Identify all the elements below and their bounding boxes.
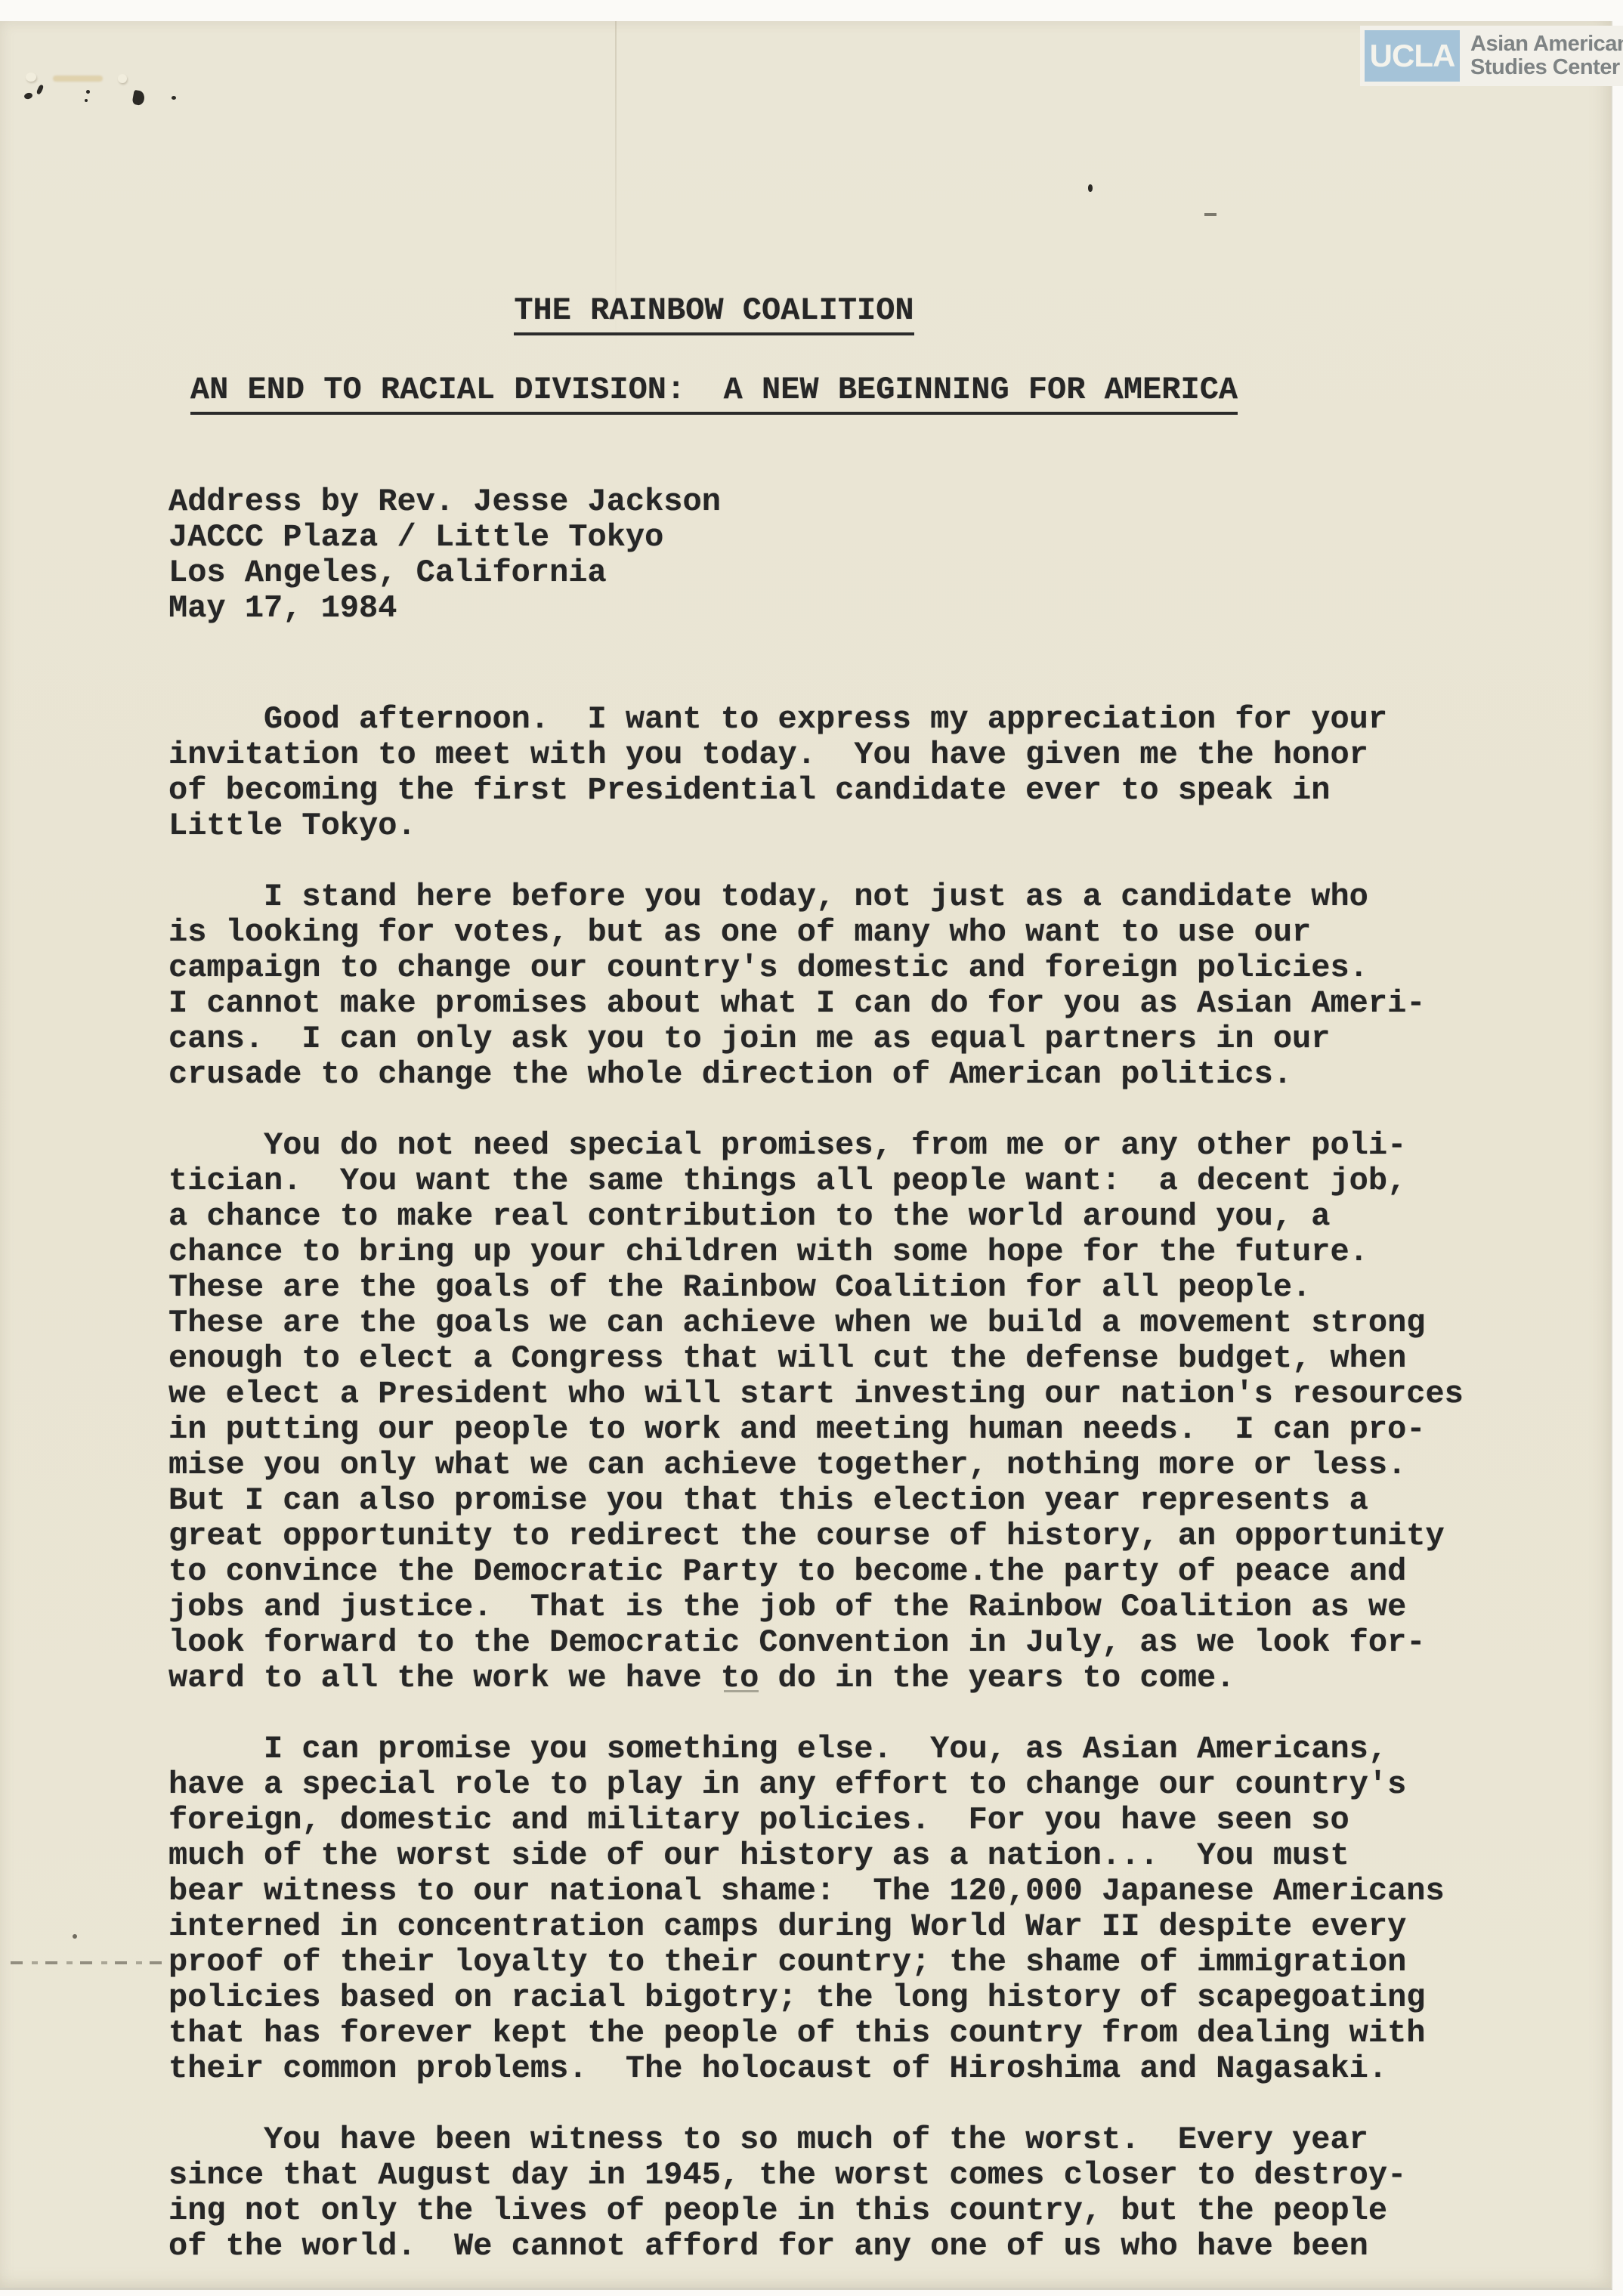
speaker-block: Address by Rev. Jesse Jackson JACCC Plaz… xyxy=(168,484,1611,626)
page-subtitle-line: AN END TO RACIAL DIVISION: A NEW BEGINNI… xyxy=(0,372,1428,415)
speech-paragraph: Good afternoon. I want to express my app… xyxy=(168,702,1611,844)
page-subtitle: AN END TO RACIAL DIVISION: A NEW BEGINNI… xyxy=(190,372,1238,415)
speech-paragraph: You have been witness to so much of the … xyxy=(168,2122,1611,2264)
scanned-document-page: { "header": { "logo": { "ucla_label": "U… xyxy=(0,0,1623,2296)
speech-paragraph: I can promise you something else. You, a… xyxy=(168,1732,1611,2087)
document-content: THE RAINBOW COALITION AN END TO RACIAL D… xyxy=(0,21,1611,2264)
title-block: THE RAINBOW COALITION AN END TO RACIAL D… xyxy=(0,293,1428,415)
speech-paragraph: I stand here before you today, not just … xyxy=(168,879,1611,1092)
page-title-line: THE RAINBOW COALITION xyxy=(0,293,1428,335)
speech-paragraph: You do not need special promises, from m… xyxy=(168,1128,1611,1696)
speech-body: Good afternoon. I want to express my app… xyxy=(168,702,1611,2264)
page-title: THE RAINBOW COALITION xyxy=(514,293,914,335)
